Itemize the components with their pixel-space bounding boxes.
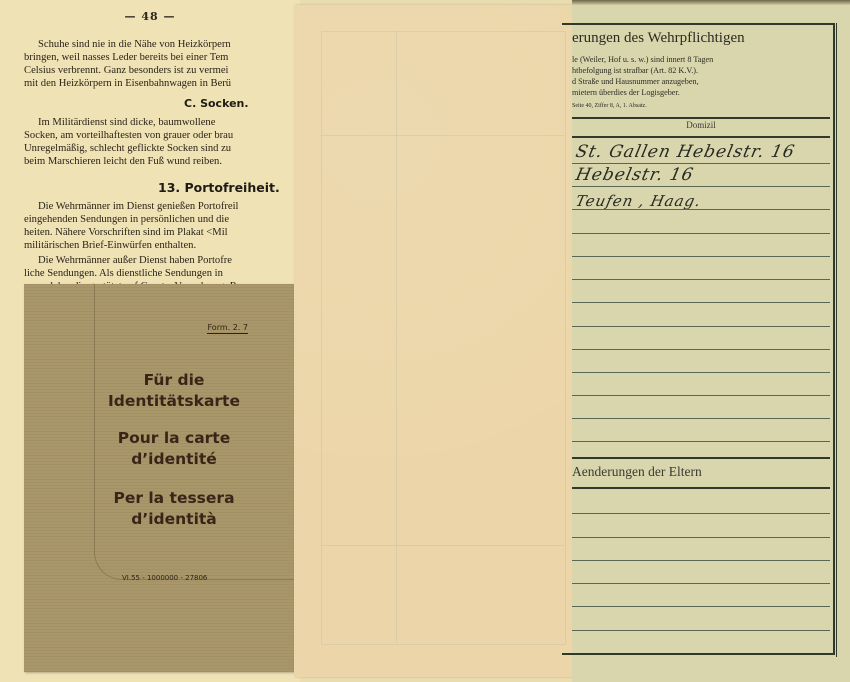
note-line: le (Weiler, Hof u. s. w.) sind innert 8 … [572, 54, 713, 65]
handwritten-entry: Hebelstr. 16 [574, 165, 696, 185]
ruled-line [572, 513, 830, 514]
text-line: Die Wehrmänner im Dienst genießen Portof… [24, 200, 300, 213]
note-line: htbefolgung ist strafbar (Art. 82 K.V.). [572, 65, 698, 76]
title-italian: Per la tessera d’identità [74, 488, 274, 530]
ruled-line [572, 233, 830, 234]
faint-grid-column [321, 31, 397, 643]
ruled-line [572, 302, 830, 303]
blank-card [294, 5, 576, 677]
form-frame-outer-line [833, 23, 837, 657]
ruled-line [572, 630, 830, 631]
text-line: mit den Heizkörpern in Eisenbahnwagen in… [24, 77, 300, 90]
handwritten-entry: St. Gallen Hebelstr. 16 [574, 142, 797, 162]
ruled-line [572, 209, 830, 210]
ruled-line [572, 163, 830, 164]
parents-changes-title: Aenderungen der Eltern [572, 464, 702, 480]
text-line: liche Sendungen. Als dienstliche Sendung… [24, 267, 300, 280]
ruled-line [572, 326, 830, 327]
ruled-line [572, 279, 830, 280]
postage-paragraph-1: Die Wehrmänner im Dienst genießen Portof… [24, 200, 300, 252]
shoes-paragraph: Schuhe sind nie in die Nähe von Heizkörp… [24, 38, 300, 90]
form-number: Form. 2. 7 [207, 323, 248, 334]
ruled-line [572, 606, 830, 607]
print-code: VI.55 - 1000000 - 27806 [122, 574, 207, 582]
note-line: d Straße und Hausnummer anzugeben, [572, 76, 699, 87]
ruled-line [572, 395, 830, 396]
ruled-line [572, 537, 830, 538]
regulation-reference: Seite 40, Ziffer 8, A, 1. Absatz. [572, 103, 647, 109]
faint-grid-row [321, 545, 564, 546]
title-french: Pour la carte d’identité [74, 428, 274, 470]
right-booklet-page: erungen des Wehrpflichtigen le (Weiler, … [572, 0, 850, 682]
text-line: Die Wehrmänner außer Dienst haben Portof… [24, 254, 300, 267]
ruled-line [572, 372, 830, 373]
ruled-line [572, 256, 830, 257]
ruled-line [572, 186, 830, 187]
page-number: — 48 — [0, 10, 300, 23]
title-german: Für die Identitätskarte [74, 370, 274, 412]
ruled-line [572, 418, 830, 419]
note-line: mietern überdies der Logisgeber. [572, 87, 680, 98]
text-line: Socken, am vorteilhaftesten von grauer o… [24, 129, 300, 142]
socks-heading: C. Socken. [184, 97, 249, 110]
section-title: erungen des Wehrpflichtigen [572, 30, 745, 47]
ruled-line [572, 349, 830, 350]
ruled-line [572, 583, 830, 584]
text-line: bringen, weil nasses Leder bereits bei e… [24, 51, 300, 64]
domicile-column-header: Domizil [572, 120, 830, 130]
text-line: Im Militärdienst sind dicke, baumwollene [24, 116, 300, 129]
text-line: eingehenden Sendungen in persönlichen un… [24, 213, 300, 226]
ruled-line [572, 560, 830, 561]
text-line: heiten. Nähere Vorschriften sind im Plak… [24, 226, 300, 239]
text-line: Schuhe sind nie in die Nähe von Heizkörp… [24, 38, 300, 51]
ruled-line [572, 441, 830, 442]
spine-shadow [572, 0, 850, 5]
divider [572, 487, 830, 489]
divider [572, 117, 830, 119]
identity-card-envelope: Form. 2. 7 Für die Identitätskarte Pour … [24, 284, 296, 672]
divider [572, 136, 830, 138]
handwritten-entry: Teufen , Haag. [574, 192, 703, 210]
text-line: Unregelmäßig, schlecht geflickte Socken … [24, 142, 300, 155]
socks-paragraph: Im Militärdienst sind dicke, baumwollene… [24, 116, 300, 168]
text-line: militärischen Brief-Einwürfen enthalten. [24, 239, 300, 252]
faint-grid-row [321, 135, 564, 136]
divider [572, 457, 830, 459]
text-line: beim Marschieren leicht den Fuß wund rei… [24, 155, 300, 168]
text-line: Celsius verbrennt. Ganz besonders ist zu… [24, 64, 300, 77]
postage-heading: 13. Portofreiheit. [158, 180, 280, 195]
